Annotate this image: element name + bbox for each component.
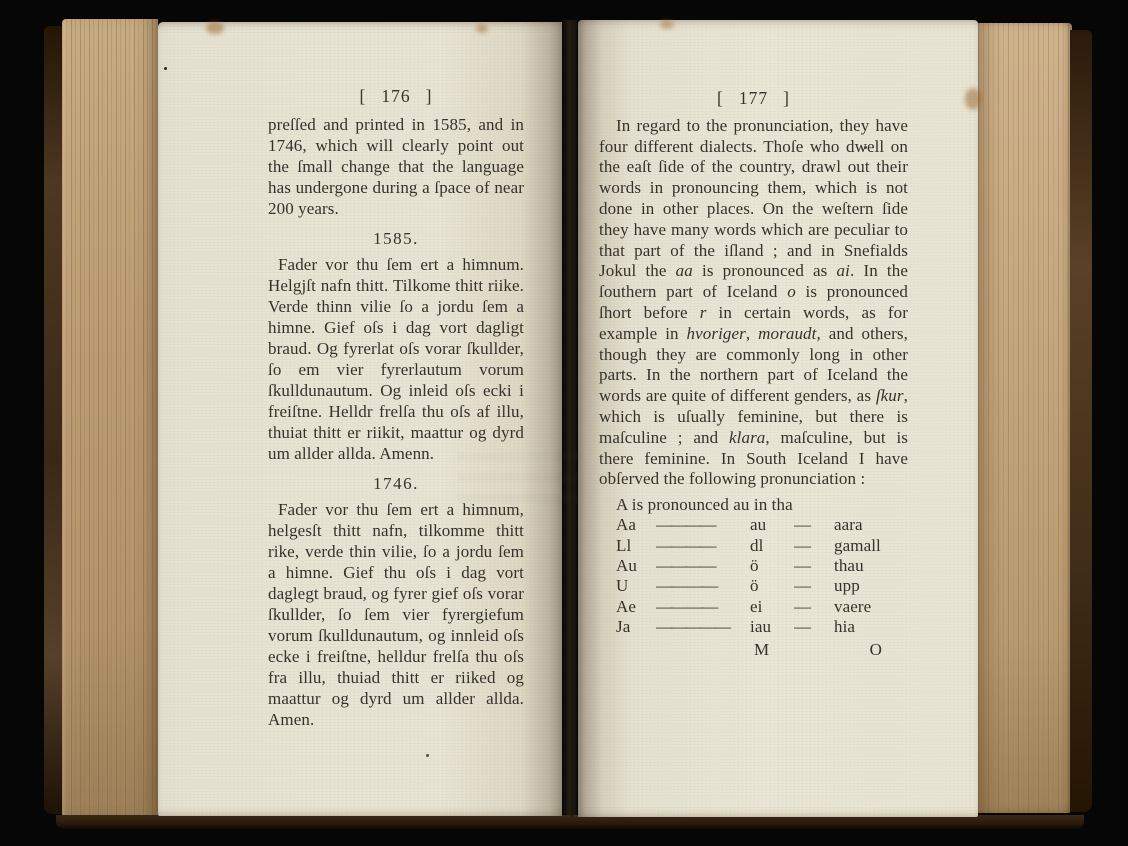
pron-word: aara (834, 515, 908, 535)
pronunciation-row: Aa————au—aara (616, 515, 908, 535)
ink-speck (426, 754, 429, 757)
pron-dash1: ———— (656, 556, 750, 576)
italic-term: hvoriger (687, 324, 746, 343)
italic-term: moraudt (758, 324, 816, 343)
text-segment: , (746, 324, 758, 343)
pron-dash1: ———— (656, 515, 750, 535)
left-page[interactable]: [ 176 ] preſſed and printed in 1585, and… (158, 22, 562, 816)
pronunciation-rows: Aa————au—aaraLl————dl—gamallAu————ö—thau… (616, 515, 908, 637)
pron-value: ö (750, 556, 794, 576)
foxing-spot (965, 88, 981, 110)
pron-dash1: —— —— (656, 576, 750, 596)
book-photograph: [ 176 ] preſſed and printed in 1585, and… (0, 0, 1128, 846)
italic-term: o (787, 282, 796, 301)
pron-dash2: — (794, 556, 834, 576)
foxing-spot (206, 22, 224, 34)
bracket-left: [ (360, 86, 367, 107)
bottom-cover-edge (56, 815, 1084, 829)
pron-letter: Ae (616, 597, 656, 617)
pron-dash1: ———— (656, 536, 750, 556)
page-footer: M O (616, 640, 908, 661)
bracket-right: ] (783, 88, 790, 109)
pron-value: au (750, 515, 794, 535)
left-page-text: [ 176 ] preſſed and printed in 1585, and… (268, 86, 524, 730)
italic-term: ai (837, 261, 850, 280)
pronunciation-first-line: A is pronounced au in tha (616, 495, 908, 515)
pron-dash1: ————— (656, 617, 750, 637)
left-page-fore-edge (62, 19, 158, 818)
italic-term: aa (676, 261, 693, 280)
pron-value: dl (750, 536, 794, 556)
right-page-text: [ 177 ] In regard to the pronunciation, … (599, 88, 908, 661)
text-segment: In regard to the pronunciation, they hav… (599, 116, 908, 281)
gutter-crease (562, 20, 578, 817)
pron-value: iau (750, 617, 794, 637)
italic-term: klara (729, 428, 765, 447)
prayer-1585: Fader vor thu ſem ert a himnum. Helgjſt … (268, 254, 524, 464)
pron-dash2: — (794, 576, 834, 596)
pronunciation-table: A is pronounced au in tha Aa————au—aaraL… (616, 495, 908, 661)
pron-dash1: —— —— (656, 597, 750, 617)
pron-dash2: — (794, 597, 834, 617)
page-number-text: 177 (739, 88, 768, 109)
text-segment: is pronounced as (693, 261, 837, 280)
intro-paragraph: preſſed and printed in 1585, and in 1746… (268, 114, 524, 219)
pron-word: vaere (834, 597, 908, 617)
ink-speck (864, 146, 867, 149)
right-page[interactable]: [ 177 ] In regard to the pronunciation, … (578, 20, 978, 817)
pron-letter: Ll (616, 536, 656, 556)
pron-value: ei (750, 597, 794, 617)
foxing-spot (476, 24, 488, 33)
pron-value: ö (750, 576, 794, 596)
left-cover-leather (44, 26, 64, 814)
pron-dash2: — (794, 536, 834, 556)
pron-word: hia (834, 617, 908, 637)
pronunciation-row: Au————ö—thau (616, 556, 908, 576)
pron-word: gamall (834, 536, 908, 556)
pronunciation-row: Ll————dl—gamall (616, 536, 908, 556)
pron-letter: Ja (616, 617, 656, 637)
page-number-text: 176 (381, 86, 410, 107)
foxing-spot (660, 20, 674, 29)
prayer-1746: Fader vor thu ſem ert a himnum, helgesſt… (268, 499, 524, 730)
pronunciation-row: Ja—————iau—hia (616, 617, 908, 637)
heading-1746: 1746. (268, 473, 524, 494)
pron-letter: Aa (616, 515, 656, 535)
bracket-left: [ (717, 88, 724, 109)
pron-dash2: — (794, 617, 834, 637)
right-page-number: [ 177 ] (599, 88, 908, 109)
pronunciation-row: Ae—— ——ei—vaere (616, 597, 908, 617)
dialects-paragraph: In regard to the pronunciation, they hav… (599, 116, 908, 490)
pron-word: upp (834, 576, 908, 596)
right-page-fore-edge (978, 23, 1072, 813)
heading-1585: 1585. (268, 228, 524, 249)
pron-word: thau (834, 556, 908, 576)
pron-letter: Au (616, 556, 656, 576)
ink-speck (164, 67, 167, 70)
signature-mark: M (616, 640, 908, 660)
pronunciation-row: U—— ——ö—upp (616, 576, 908, 596)
catchword: O (870, 640, 882, 660)
left-page-number: [ 176 ] (268, 86, 524, 107)
italic-term: ſkur (876, 386, 904, 405)
pron-letter: U (616, 576, 656, 596)
bracket-right: ] (426, 86, 433, 107)
right-cover-leather (1070, 30, 1092, 812)
pron-dash2: — (794, 515, 834, 535)
